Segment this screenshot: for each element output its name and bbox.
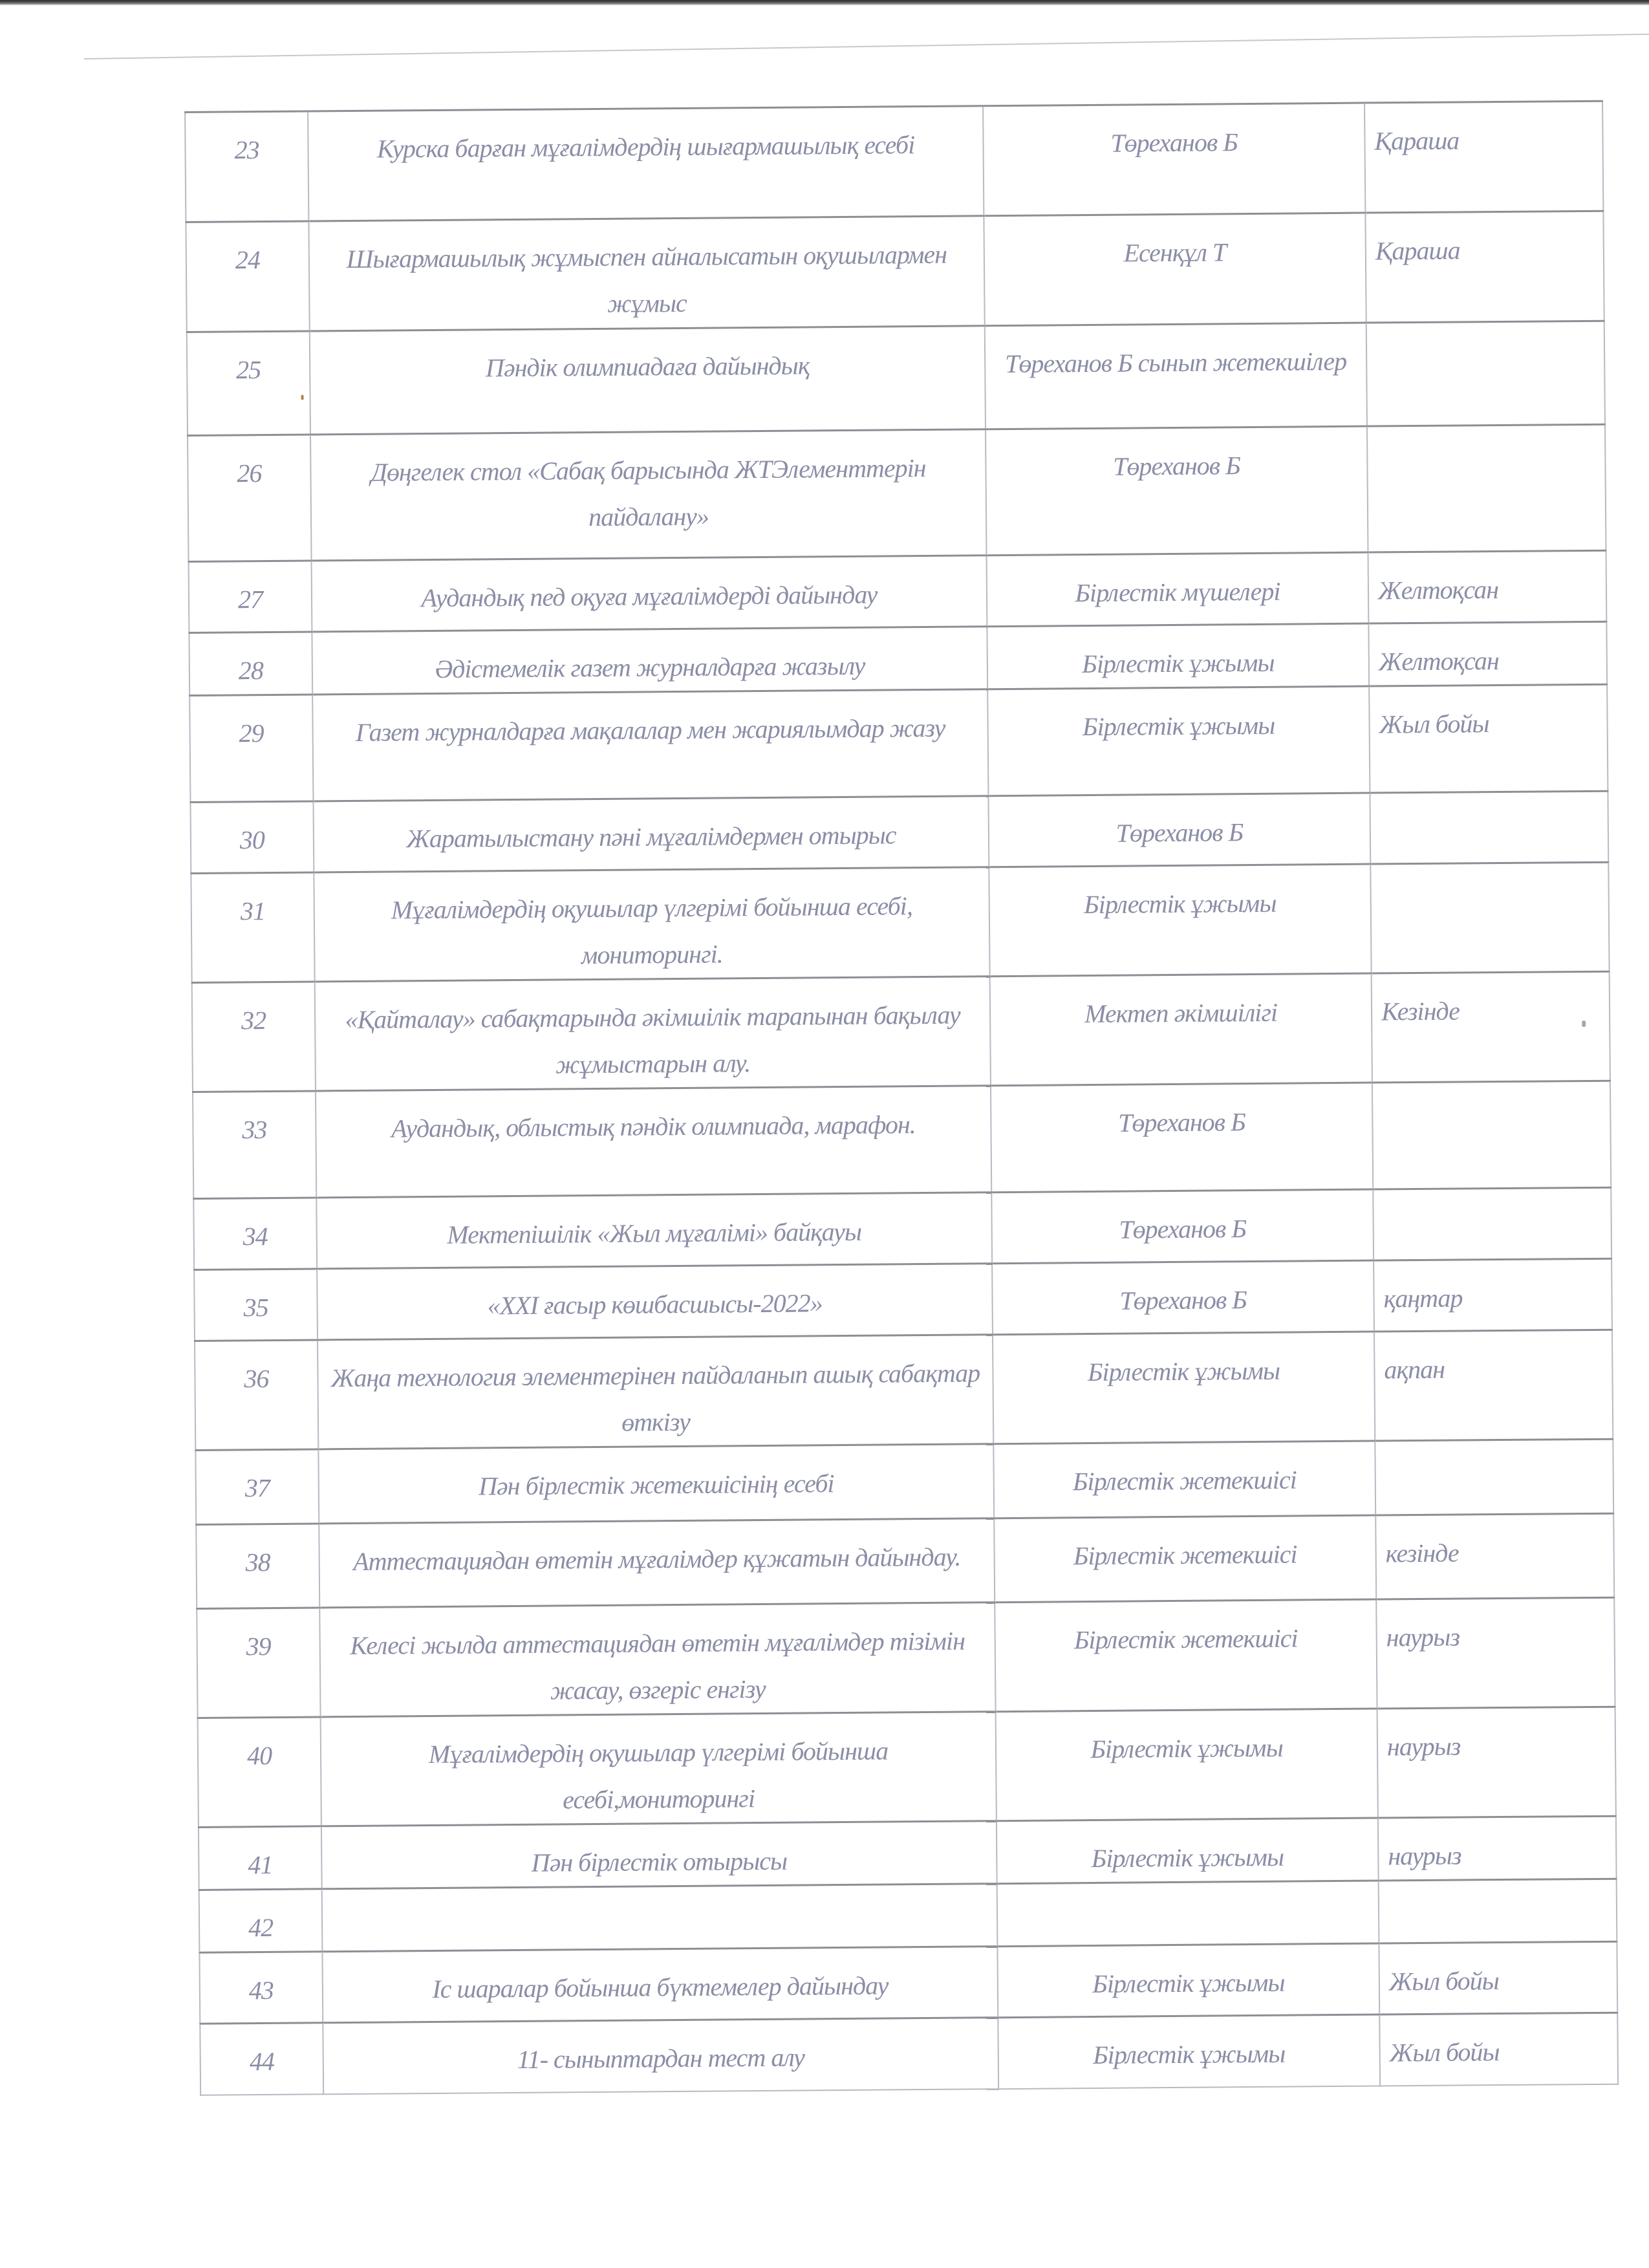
event-cell-text: Шығармашылық жұмыспен айналысатын оқушыл… [319, 231, 975, 329]
responsible-cell-text: Бірлестік жетекшісі [1004, 1615, 1367, 1664]
table-row: 38Аттестациядан өтетін мұғалімдер құжаты… [196, 1513, 1614, 1608]
date-cell-text: наурыз [1387, 1722, 1606, 1771]
date-cell: ақпан [1374, 1330, 1613, 1441]
date-cell: Желтоқсан [1368, 621, 1607, 686]
responsible-cell: Бірлестік жетекшісі [993, 1441, 1375, 1518]
row-number: 35 [194, 1269, 318, 1341]
row-number-text: 27 [199, 576, 303, 623]
responsible-cell-text: Бірлестік ұжымы [1002, 1347, 1365, 1396]
event-cell: Газет журналдарға мақалалар мен жариялым… [312, 689, 988, 801]
responsible-cell: Төреханов Б [991, 1189, 1374, 1264]
table-row: 32«Қайталау» сабақтарында әкімшілік тара… [192, 971, 1610, 1092]
row-number-text: 33 [202, 1107, 307, 1154]
event-cell-text: «XXI ғасыр көшбасшысы-2022» [327, 1279, 983, 1330]
event-cell-text: Курска барған мұғалімдердің шығармашылық… [318, 121, 974, 173]
event-cell: «XXI ғасыр көшбасшысы-2022» [317, 1264, 993, 1340]
responsible-cell: Мектеп әкімшілігі [990, 973, 1372, 1086]
responsible-cell-text: Бірлестік жетекшісі [1004, 1531, 1366, 1580]
table-row: 28Әдістемелік газет журналдарға жазылуБі… [189, 621, 1607, 695]
event-cell-text [332, 1899, 987, 1904]
responsible-cell: Бірлестік ұжымы [997, 1818, 1379, 1884]
table-row: 27Аудандық пед оқуға мұғалімдерді дайынд… [189, 550, 1607, 632]
event-cell: Аудандық пед оқуға мұғалімдерді дайындау [312, 556, 987, 632]
event-cell-text: Келесі жылда аттестациядан өтетін мұғалі… [329, 1617, 986, 1716]
event-cell: Мұғалімдердің оқушылар үлгерімі бойынша … [321, 1712, 997, 1826]
date-cell-text: кезінде [1385, 1529, 1604, 1577]
event-cell: Дөңгелек стол «Сабақ барысында ЖТЭлемент… [310, 429, 986, 561]
event-cell: Пәндік олимпиадаға дайындық [310, 326, 986, 435]
date-cell-text [1376, 336, 1595, 338]
row-number: 28 [189, 632, 312, 695]
event-cell: Келесі жылда аттестациядан өтетін мұғалі… [319, 1603, 995, 1717]
row-number-text: 42 [209, 1904, 313, 1951]
table-row: 23Курска барған мұғалімдердің шығармашыл… [185, 101, 1603, 222]
work-plan-table: 23Курска барған мұғалімдердің шығармашыл… [184, 100, 1619, 2096]
date-cell-text: ақпан [1384, 1345, 1603, 1394]
date-cell: Жыл бойы [1379, 1941, 1617, 2014]
event-cell: Мектепішілік «Жыл мұғалімі» байқауы [316, 1193, 992, 1269]
date-cell-text: Жыл бойы [1389, 2028, 1608, 2077]
responsible-cell: Төреханов Б [991, 1083, 1373, 1193]
row-number-text: 26 [197, 450, 301, 497]
date-cell-text: Желтоқсан [1379, 637, 1598, 686]
date-cell: Жыл бойы [1379, 2013, 1618, 2086]
row-number: 24 [186, 221, 309, 332]
row-number-text: 31 [201, 888, 305, 935]
table-row: 4411- сыныптардан тест алуБірлестік ұжым… [200, 2013, 1618, 2095]
row-number: 26 [188, 435, 312, 561]
table-row: 31Мұғалімдердің оқушылар үлгерімі бойынш… [191, 862, 1609, 982]
date-cell [1370, 862, 1609, 973]
row-number-text: 34 [203, 1213, 307, 1260]
date-cell [1366, 321, 1605, 426]
event-cell-text: Іс шаралар бойынша бүктемелер дайындау [332, 1961, 989, 2013]
date-cell: наурыз [1376, 1597, 1615, 1709]
responsible-cell [997, 1881, 1379, 1947]
event-cell-text: Мұғалімдердің оқушылар үлгерімі бойынша … [324, 882, 980, 980]
responsible-cell-text: Бірлестік ұжымы [1006, 1724, 1368, 1773]
date-cell: Кезінде [1372, 971, 1610, 1083]
row-number: 38 [196, 1524, 319, 1608]
table-row: 29Газет журналдарға мақалалар мен жариял… [189, 684, 1608, 802]
row-number-text: 28 [199, 647, 303, 695]
event-cell: Курска барған мұғалімдердің шығармашылық… [308, 106, 984, 221]
row-number-text: 38 [206, 1539, 310, 1586]
responsible-cell: Бірлестік ұжымы [989, 864, 1371, 977]
responsible-cell-text: Бірлестік мүшелері [997, 568, 1359, 617]
row-number: 31 [191, 872, 314, 982]
row-number-text: 39 [206, 1623, 310, 1670]
responsible-cell-text: Төреханов Б [1001, 1205, 1364, 1254]
event-cell-text: Мектепішілік «Жыл мұғалімі» байқауы [326, 1207, 982, 1259]
table-row: 36Жаңа технология элементерінен пайдалан… [195, 1330, 1613, 1450]
table-row: 24Шығармашылық жұмыспен айналысатын оқуш… [186, 211, 1604, 332]
table-row: 26Дөңгелек стол «Сабақ барысында ЖТЭлеме… [188, 424, 1606, 561]
date-cell: қаңтар [1374, 1258, 1612, 1332]
table-row: 30Жаратылыстану пәні мұғалімдермен отыры… [190, 791, 1608, 873]
row-number: 23 [185, 111, 308, 222]
date-cell [1372, 1081, 1611, 1189]
date-cell [1373, 1187, 1611, 1260]
table-row: 37Пән бірлестік жетекшісінің есебіБірлес… [195, 1439, 1613, 1524]
event-cell-text: Жаратылыстану пәні мұғалімдермен отырыс [323, 811, 980, 863]
event-cell-text: Дөңгелек стол «Сабақ барысында ЖТЭлемент… [320, 444, 976, 543]
row-number-text: 24 [196, 237, 300, 284]
responsible-cell-text: Мектеп әкімшілігі [1000, 989, 1363, 1038]
responsible-cell-text [1007, 1896, 1369, 1899]
event-cell: Әдістемелік газет журналдарға жазылу [312, 627, 987, 695]
event-cell-text: Жаңа технология элементерінен пайдаланып… [327, 1350, 984, 1448]
event-cell: Жаңа технология элементерінен пайдаланып… [318, 1335, 993, 1449]
event-cell: Жаратылыстану пәні мұғалімдермен отырыс [313, 796, 989, 872]
responsible-cell: Есенқұл Т [984, 213, 1366, 326]
responsible-cell: Бірлестік жетекшісі [995, 1599, 1377, 1712]
row-number-text: 40 [208, 1733, 312, 1780]
row-number: 29 [189, 695, 313, 802]
date-cell: Қараша [1365, 211, 1604, 323]
scan-dust-mark [301, 395, 304, 400]
date-cell: наурыз [1377, 1707, 1616, 1818]
table-row: 40Мұғалімдердің оқушылар үлгерімі бойынш… [198, 1707, 1616, 1827]
row-number: 34 [193, 1198, 317, 1269]
date-cell-text: Жыл бойы [1379, 700, 1598, 748]
date-cell-text [1388, 1894, 1607, 1896]
responsible-cell: Төреханов Б сынып жетекшілер [985, 323, 1367, 429]
responsible-cell: Төреханов Б [988, 793, 1370, 867]
date-cell-text: наурыз [1388, 1831, 1607, 1880]
event-cell: Пән бірлестік отырысы [321, 1821, 997, 1889]
date-cell-text: Жыл бойы [1389, 1957, 1608, 2005]
event-cell: Аттестациядан өтетін мұғалімдер құжатын … [319, 1518, 995, 1608]
table-row: 43Іс шаралар бойынша бүктемелер дайындау… [199, 1941, 1617, 2024]
responsible-cell-text: Бірлестік ұжымы [1008, 2030, 1370, 2079]
responsible-cell-text: Бірлестік ұжымы [997, 639, 1360, 688]
row-number: 30 [190, 801, 314, 873]
event-cell-text: Пән бірлестік жетекшісінің есебі [329, 1459, 985, 1511]
row-number-text: 30 [200, 817, 305, 864]
responsible-cell-text: Төреханов Б сынып жетекшілер [995, 338, 1357, 387]
date-cell-text [1385, 1454, 1603, 1456]
row-number: 40 [198, 1717, 321, 1827]
row-number-text: 32 [202, 997, 306, 1044]
row-number: 41 [199, 1826, 322, 1890]
responsible-cell-text: Бірлестік ұжымы [998, 880, 1361, 929]
date-cell-text [1380, 806, 1599, 808]
date-cell-text: Қараша [1374, 116, 1593, 165]
row-number: 32 [192, 982, 316, 1092]
row-number-text: 35 [204, 1284, 308, 1332]
date-cell [1379, 1879, 1617, 1943]
row-number-text: 44 [210, 2038, 314, 2085]
responsible-cell: Бірлестік ұжымы [993, 1332, 1375, 1444]
event-cell-text: 11- сыныптардан тест алу [333, 2033, 989, 2084]
date-cell: наурыз [1378, 1816, 1617, 1881]
responsible-cell-text: Бірлестік ұжымы [997, 702, 1360, 751]
event-cell: 11- сыныптардан тест алу [323, 2018, 998, 2094]
row-number: 36 [195, 1340, 318, 1450]
event-cell-text: Газет журналдарға мақалалар мен жариялым… [322, 704, 978, 756]
row-number: 25 [187, 331, 310, 435]
event-cell: «Қайталау» сабақтарында әкімшілік тарапы… [315, 977, 991, 1091]
responsible-cell: Бірлестік ұжымы [987, 623, 1369, 689]
responsible-cell-text: Бірлестік ұжымы [1008, 1959, 1370, 2008]
event-cell-text: Пәндік олимпиадаға дайындық [319, 341, 976, 393]
table-row: 25Пәндік олимпиадаға дайындықТөреханов Б… [187, 321, 1605, 435]
row-number: 42 [199, 1889, 323, 1952]
date-cell-text: қаңтар [1383, 1274, 1602, 1323]
event-cell-text: Пән бірлестік отырысы [331, 1836, 987, 1888]
scanned-page: 23Курска барған мұғалімдердің шығармашыл… [0, 0, 1649, 2268]
responsible-cell: Төреханов Б [986, 426, 1368, 556]
responsible-cell: Төреханов Б [983, 103, 1365, 216]
date-cell: Қараша [1364, 101, 1603, 213]
responsible-cell: Бірлестік ұжымы [997, 1943, 1379, 2018]
date-cell-text: Кезінде [1381, 987, 1600, 1035]
row-number-text: 41 [208, 1841, 312, 1888]
event-cell-text: Аудандық пед оқуға мұғалімдерді дайындау [321, 570, 978, 622]
row-number: 37 [195, 1449, 319, 1524]
date-cell: Желтоқсан [1368, 550, 1607, 623]
date-cell [1367, 424, 1606, 552]
date-cell-text: наурыз [1386, 1613, 1605, 1661]
row-number: 44 [200, 2023, 323, 2095]
event-cell [322, 1884, 998, 1952]
responsible-cell: Төреханов Б [992, 1260, 1374, 1335]
event-cell-text: Мұғалімдердің оқушылар үлгерімі бойынша … [330, 1727, 987, 1825]
date-cell-text: Қараша [1375, 226, 1595, 275]
row-number: 39 [197, 1608, 320, 1718]
responsible-cell: Бірлестік ұжымы [987, 686, 1370, 796]
table-row: 33Аудандық, облыстық пәндік олимпиада, м… [193, 1081, 1611, 1198]
table-row: 41Пән бірлестік отырысыБірлестік ұжымына… [199, 1816, 1617, 1890]
row-number: 27 [189, 561, 312, 632]
event-cell: Шығармашылық жұмыспен айналысатын оқушыл… [308, 216, 984, 331]
date-cell: Жыл бойы [1369, 684, 1608, 793]
event-cell: Аудандық, облыстық пәндік олимпиада, мар… [316, 1086, 991, 1198]
responsible-cell-text: Төреханов Б [995, 442, 1358, 491]
row-number-text: 37 [206, 1465, 310, 1512]
date-cell-text [1383, 1203, 1601, 1205]
date-cell-text [1382, 1096, 1600, 1098]
responsible-cell-text: Төреханов Б [998, 808, 1361, 858]
row-number-text: 43 [210, 1967, 314, 2014]
row-number: 43 [199, 1952, 323, 2024]
table-body: 23Курска барған мұғалімдердің шығармашыл… [185, 101, 1618, 2095]
row-number: 33 [193, 1091, 316, 1198]
row-number-text: 25 [197, 347, 301, 394]
responsible-cell: Бірлестік ұжымы [998, 2014, 1380, 2089]
table-row: 34Мектепішілік «Жыл мұғалімі» байқауыТөр… [193, 1187, 1611, 1269]
event-cell-text: «Қайталау» сабақтарында әкімшілік тарапы… [325, 991, 981, 1090]
responsible-cell: Бірлестік мүшелері [987, 552, 1369, 627]
responsible-cell-text: Бірлестік ұжымы [1006, 1833, 1369, 1883]
responsible-cell-text: Бірлестік жетекшісі [1004, 1456, 1366, 1506]
responsible-cell-text: Есенқұл Т [994, 228, 1357, 277]
event-cell-text: Аудандық, облыстық пәндік олимпиада, мар… [325, 1101, 982, 1152]
responsible-cell-text: Төреханов Б [1002, 1276, 1364, 1325]
date-cell-text: Желтоқсан [1378, 566, 1597, 614]
responsible-cell-text: Төреханов Б [993, 118, 1355, 167]
responsible-cell: Бірлестік ұжымы [996, 1709, 1378, 1821]
date-cell [1375, 1439, 1613, 1515]
scan-dust-mark [1582, 1021, 1586, 1027]
table-row: 42 [199, 1879, 1617, 1952]
table-row: 35«XXI ғасыр көшбасшысы-2022»Төреханов Б… [194, 1258, 1612, 1341]
event-cell-text: Аттестациядан өтетін мұғалімдер құжатын … [329, 1533, 985, 1585]
row-number-text: 36 [204, 1355, 308, 1403]
event-cell: Іс шаралар бойынша бүктемелер дайындау [322, 1947, 998, 2023]
event-cell: Пән бірлестік жетекшісінің есебі [318, 1444, 994, 1524]
responsible-cell-text: Төреханов Б [1000, 1098, 1363, 1147]
date-cell: кезінде [1375, 1513, 1614, 1599]
row-number-text: 23 [195, 127, 299, 174]
date-cell-text [1380, 878, 1599, 880]
responsible-cell: Бірлестік жетекшісі [994, 1515, 1376, 1603]
table-row: 39Келесі жылда аттестациядан өтетін мұға… [197, 1597, 1615, 1718]
date-cell-text [1377, 440, 1595, 442]
date-cell [1370, 791, 1608, 864]
event-cell: Мұғалімдердің оқушылар үлгерімі бойынша … [314, 867, 989, 982]
event-cell-text: Әдістемелік газет журналдарға жазылу [322, 642, 978, 693]
row-number-text: 29 [199, 710, 303, 757]
